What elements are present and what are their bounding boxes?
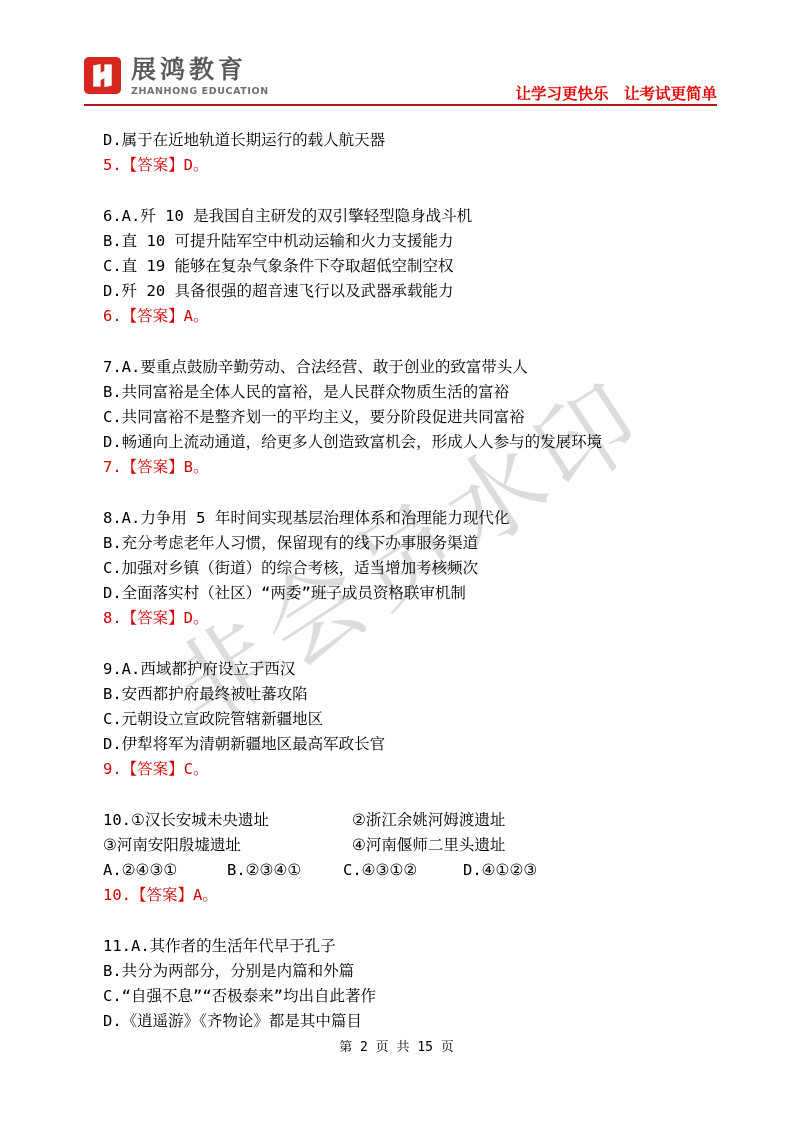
question-block-5: D.属于在近地轨道长期运行的载人航天器 5.【答案】D。 bbox=[103, 128, 723, 178]
choice-cell: B.②③④① bbox=[227, 858, 343, 883]
item-row: 10.①汉长安城未央遗址 ②浙江余姚河姆渡遗址 bbox=[103, 808, 723, 833]
option-line: 7.A.要重点鼓励辛勤劳动、合法经营、敢于创业的致富带头人 bbox=[103, 355, 723, 380]
question-block-10: 10.①汉长安城未央遗址 ②浙江余姚河姆渡遗址 ③河南安阳殷墟遗址 ④河南偃师二… bbox=[103, 808, 723, 908]
option-line: 11.A.其作者的生活年代早于孔子 bbox=[103, 934, 723, 959]
option-line: B.安西都护府最终被吐蕃攻陷 bbox=[103, 682, 723, 707]
question-block-11: 11.A.其作者的生活年代早于孔子 B.共分为两部分，分别是内篇和外篇 C.“自… bbox=[103, 934, 723, 1034]
option-line: 6.A.歼 10 是我国自主研发的双引擎轻型隐身战斗机 bbox=[103, 204, 723, 229]
option-line: D.《逍遥游》《齐物论》都是其中篇目 bbox=[103, 1009, 723, 1034]
option-line: D.歼 20 具备很强的超音速飞行以及武器承载能力 bbox=[103, 279, 723, 304]
choice-cell: D.④①②③ bbox=[463, 858, 537, 883]
option-line: B.共分为两部分，分别是内篇和外篇 bbox=[103, 959, 723, 984]
header-slogan: 让学习更快乐 让考试更简单 bbox=[515, 82, 717, 104]
option-line: C.元朝设立宣政院管辖新疆地区 bbox=[103, 707, 723, 732]
choice-cell: A.②④③① bbox=[103, 858, 227, 883]
item-cell: ②浙江余姚河姆渡遗址 bbox=[352, 808, 505, 833]
option-line: B.充分考虑老年人习惯，保留现有的线下办事服务渠道 bbox=[103, 531, 723, 556]
brand-text: 展鸿教育 ZHANHONG EDUCATION bbox=[131, 57, 269, 97]
option-line: C.“自强不息”“否极泰来”均出自此著作 bbox=[103, 984, 723, 1009]
question-block-8: 8.A.力争用 5 年时间实现基层治理体系和治理能力现代化 B.充分考虑老年人习… bbox=[103, 506, 723, 631]
answer-line: 9.【答案】C。 bbox=[103, 757, 723, 782]
brand-name-cn: 展鸿教育 bbox=[131, 57, 269, 83]
questions-area: D.属于在近地轨道长期运行的载人航天器 5.【答案】D。 6.A.歼 10 是我… bbox=[103, 128, 723, 1060]
item-cell: ③河南安阳殷墟遗址 bbox=[103, 833, 352, 858]
option-line: D.属于在近地轨道长期运行的载人航天器 bbox=[103, 128, 723, 153]
option-line: 8.A.力争用 5 年时间实现基层治理体系和治理能力现代化 bbox=[103, 506, 723, 531]
answer-line: 8.【答案】D。 bbox=[103, 606, 723, 631]
page-number: 第 2 页 共 15 页 bbox=[0, 1036, 793, 1055]
option-line: D.伊犁将军为清朝新疆地区最高军政长官 bbox=[103, 732, 723, 757]
question-block-6: 6.A.歼 10 是我国自主研发的双引擎轻型隐身战斗机 B.直 10 可提升陆军… bbox=[103, 204, 723, 329]
option-line: C.共同富裕不是整齐划一的平均主义，要分阶段促进共同富裕 bbox=[103, 405, 723, 430]
item-row: ③河南安阳殷墟遗址 ④河南偃师二里头遗址 bbox=[103, 833, 723, 858]
question-block-9: 9.A.西域都护府设立于西汉 B.安西都护府最终被吐蕃攻陷 C.元朝设立宣政院管… bbox=[103, 657, 723, 782]
option-line: B.直 10 可提升陆军空中机动运输和火力支援能力 bbox=[103, 229, 723, 254]
choice-row: A.②④③① B.②③④① C.④③①② D.④①②③ bbox=[103, 858, 723, 883]
question-block-7: 7.A.要重点鼓励辛勤劳动、合法经营、敢于创业的致富带头人 B.共同富裕是全体人… bbox=[103, 355, 723, 480]
brand-name-en: ZHANHONG EDUCATION bbox=[131, 86, 269, 97]
option-line: C.直 19 能够在复杂气象条件下夺取超低空制空权 bbox=[103, 254, 723, 279]
option-line: C.加强对乡镇（街道）的综合考核，适当增加考核频次 bbox=[103, 556, 723, 581]
item-cell: 10.①汉长安城未央遗址 bbox=[103, 808, 352, 833]
answer-line: 7.【答案】B。 bbox=[103, 455, 723, 480]
option-line: D.全面落实村（社区）“两委”班子成员资格联审机制 bbox=[103, 581, 723, 606]
answer-line: 5.【答案】D。 bbox=[103, 153, 723, 178]
choice-cell: C.④③①② bbox=[343, 858, 463, 883]
option-line: D.畅通向上流动通道，给更多人创造致富机会，形成人人参与的发展环境 bbox=[103, 430, 723, 455]
answer-line: 6.【答案】A。 bbox=[103, 304, 723, 329]
option-line: B.共同富裕是全体人民的富裕，是人民群众物质生活的富裕 bbox=[103, 380, 723, 405]
option-line: 9.A.西域都护府设立于西汉 bbox=[103, 657, 723, 682]
document-page: 展鸿教育 ZHANHONG EDUCATION 让学习更快乐 让考试更简单 非会… bbox=[0, 0, 793, 1122]
item-cell: ④河南偃师二里头遗址 bbox=[352, 833, 505, 858]
brand-logo: 展鸿教育 ZHANHONG EDUCATION bbox=[84, 57, 269, 97]
header-divider bbox=[84, 104, 717, 106]
answer-line: 10.【答案】A。 bbox=[103, 883, 723, 908]
zhanhong-logo-icon bbox=[84, 57, 121, 94]
